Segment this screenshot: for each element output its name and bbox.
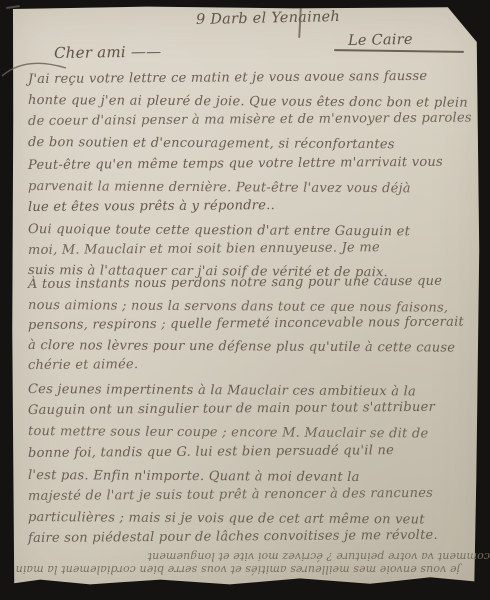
- letter-line: l'est pas. Enfin n'importe. Quant à moi …: [28, 468, 360, 485]
- letter-line: majesté de l'art je suis tout prêt à ren…: [28, 486, 433, 504]
- letter-line: nous aimions ; nous la servons dans tout…: [28, 298, 448, 316]
- letter-line: particulières ; mais si je vois que de c…: [28, 510, 425, 527]
- letter-line: bonne foi, tandis que G. lui est bien pe…: [28, 443, 394, 461]
- letter-city: Le Caire: [348, 32, 413, 49]
- letter-line: Oui quoique toute cette question d'art e…: [28, 222, 410, 239]
- letter-line: parvenait la mienne dernière. Peut-être …: [28, 179, 411, 196]
- letter-salutation: Cher ami ——: [54, 43, 162, 62]
- pen-mark-top-left: [6, 5, 20, 8]
- letter-line: tout mettre sous leur coupe ; encore M. …: [28, 424, 429, 441]
- letter-line: J'ai reçu votre lettre ce matin et je vo…: [28, 69, 427, 87]
- letter-line: chérie et aimée.: [28, 357, 138, 373]
- inverted-line: comment va votre peinture ? écrivez moi …: [60, 550, 490, 563]
- letter-line: moi, M. Mauclair et moi soit bien ennuye…: [28, 240, 380, 258]
- letter-address: 9 Darb el Yenaineh: [196, 9, 340, 28]
- letter-line: Ces jeunes impertinents à la Mauclair ce…: [28, 382, 416, 399]
- letter-line: de bon soutien et d'encouragement, si ré…: [28, 135, 395, 152]
- inverted-line: je vous envoie mes meilleures amitiés et…: [30, 563, 460, 576]
- letter-line: honte que j'en ai pleuré de joie. Que vo…: [28, 93, 468, 111]
- letter-line: lue et êtes vous prêts à y répondre..: [28, 198, 275, 215]
- letter-line: Gauguin ont un singulier tour de main po…: [28, 400, 435, 418]
- letter-line: à clore nos lèvres pour une défense plus…: [28, 338, 455, 356]
